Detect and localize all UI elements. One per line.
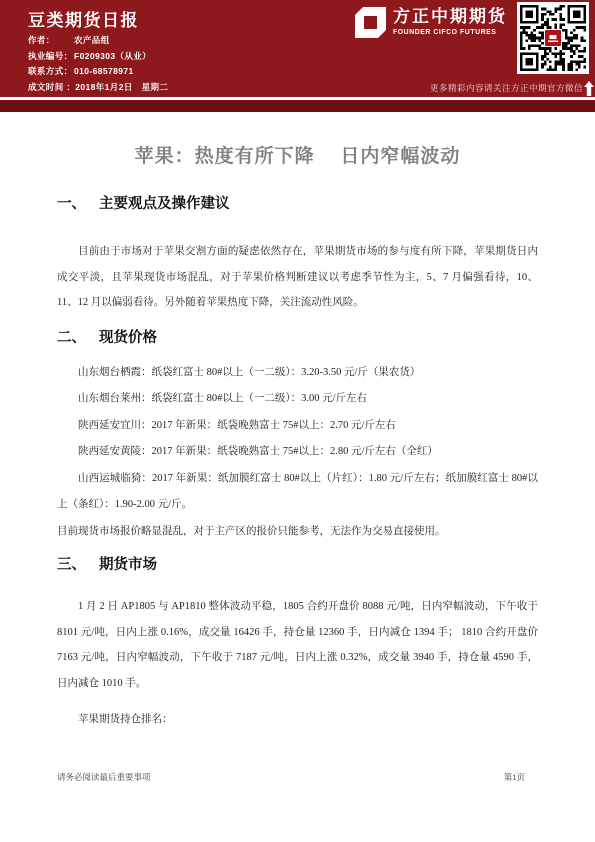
meta-date-label: 成文时间 ： <box>28 81 75 93</box>
section-number: 三、 <box>57 557 86 573</box>
page-number: 第1页 <box>504 771 525 783</box>
position-ranking-lead: 苹果期货持仓排名： <box>57 707 538 733</box>
meta-author: 作者： 农产品组 <box>28 32 168 48</box>
up-arrow-icon <box>584 81 594 96</box>
spot-price-line: 陕西延安宜川：2017 年新果：纸袋晚熟富士 75#以上：2.70 元/斤左右 <box>57 413 538 440</box>
meta-date-value: 2018年1月2日 星期二 <box>75 81 168 93</box>
meta-author-label: 作者： <box>28 34 74 46</box>
meta-date: 成文时间 ： 2018年1月2日 星期二 <box>28 79 168 95</box>
report-header: 豆类期货日报 作者： 农产品组 执业编号： F0209303（从业） 联系方式：… <box>0 0 595 97</box>
meta-contact-label: 联系方式： <box>28 65 74 77</box>
meta-contact-value: 010-68578971 <box>74 66 134 76</box>
spot-price-line: 陕西延安黄陵：2017 年新果：纸袋晚熟富士 75#以上：2.80 元/斤左右（… <box>57 439 538 466</box>
brand-name-en: FOUNDER CIFCO FUTURES <box>393 29 507 36</box>
spot-price-line: 山东烟台莱州：纸袋红富士 80#以上（一二级）：3.00 元/斤左右 <box>57 386 538 413</box>
viewpoint-paragraph: 目前由于市场对于苹果交割方面的疑虑依然存在，苹果期货市场的参与度有所下降，苹果期… <box>57 239 538 316</box>
meta-license-value: F0209303（从业） <box>74 50 151 62</box>
meta-contact: 联系方式： 010-68578971 <box>28 64 168 80</box>
founder-square-mark-icon <box>355 7 386 38</box>
spot-price-list: 山东烟台栖霞：纸袋红富士 80#以上（一二级）：3.20-3.50 元/斤（果农… <box>57 360 538 546</box>
section-heading-1: 一、主要观点及操作建议 <box>57 196 538 213</box>
section-title: 主要观点及操作建议 <box>99 196 230 212</box>
section-number: 一、 <box>57 196 86 212</box>
section-number: 二、 <box>57 330 86 346</box>
section-heading-2: 二、现货价格 <box>57 330 538 347</box>
page-footer: 请务必阅读最后重要事项 第1页 <box>0 771 595 783</box>
section-viewpoint: 一、主要观点及操作建议 目前由于市场对于苹果交割方面的疑虑依然存在，苹果期货市场… <box>57 196 538 316</box>
spot-price-line: 山东烟台栖霞：纸袋红富士 80#以上（一二级）：3.20-3.50 元/斤（果农… <box>57 360 538 387</box>
section-heading-3: 三、期货市场 <box>57 557 538 574</box>
report-page: { "colors": { "header_bg": "#8e191d", "d… <box>0 0 595 842</box>
company-brand: 方正中期期货 FOUNDER CIFCO FUTURES <box>355 7 507 38</box>
meta-author-value: 农产品组 <box>74 34 110 46</box>
futures-paragraph: 1 月 2 日 AP1805 与 AP1810 整体波动平稳，1805 合约开盘… <box>57 594 538 696</box>
report-series-title: 豆类期货日报 <box>28 6 139 31</box>
brand-name-cn: 方正中期期货 <box>393 7 507 27</box>
meta-license: 执业编号： F0209303（从业） <box>28 48 168 64</box>
section-spot-price: 二、现货价格 山东烟台栖霞：纸袋红富士 80#以上（一二级）：3.20-3.50… <box>57 330 538 546</box>
meta-license-label: 执业编号： <box>28 50 74 62</box>
spot-price-note: 目前现货市场报价略显混乱，对于主产区的报价只能参考，无法作为交易直接使用。 <box>57 519 538 546</box>
report-meta: 作者： 农产品组 执业编号： F0209303（从业） 联系方式： 010-68… <box>28 32 168 95</box>
wechat-note: 更多精彩内容请关注方正中期官方微信 <box>430 82 583 94</box>
document-body: 苹果：热度有所下降 日内窄幅波动 一、主要观点及操作建议 目前由于市场对于苹果交… <box>0 143 595 733</box>
document-title: 苹果：热度有所下降 日内窄幅波动 <box>57 143 538 170</box>
section-title: 期货市场 <box>99 557 157 573</box>
header-divider-bar <box>0 100 595 112</box>
section-title: 现货价格 <box>99 330 157 346</box>
spot-price-line: 山西运城临猗：2017 年新果：纸加膜红富士 80#以上（片红）：1.80 元/… <box>57 466 538 519</box>
wechat-qr-code <box>517 2 589 74</box>
footer-disclaimer: 请务必阅读最后重要事项 <box>57 771 151 783</box>
brand-text: 方正中期期货 FOUNDER CIFCO FUTURES <box>393 7 507 36</box>
section-futures-market: 三、期货市场 1 月 2 日 AP1805 与 AP1810 整体波动平稳，18… <box>57 557 538 733</box>
